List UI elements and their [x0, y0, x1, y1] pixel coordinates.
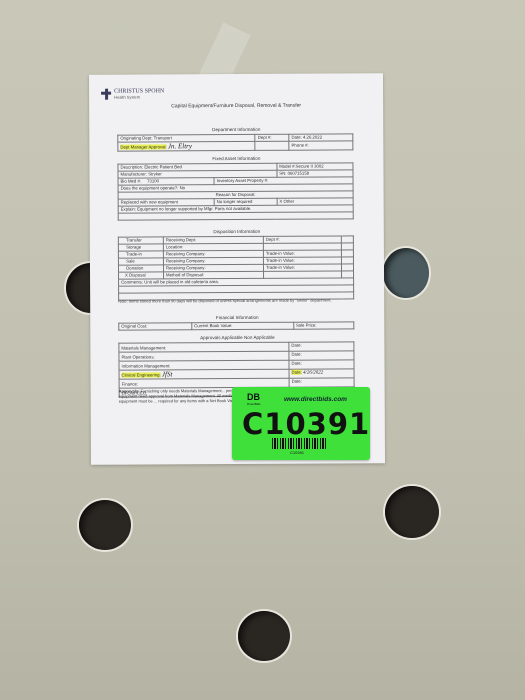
org-sub: Health System [114, 95, 164, 100]
sale-price: Sale Price: [293, 322, 354, 329]
approval-label: Finance: [122, 382, 139, 387]
approval-date-label: Date: [291, 361, 301, 366]
approval-label: Plant Operations: [121, 354, 154, 359]
disposition-type: Storage [126, 244, 141, 249]
approval-date-value: 4/26/2022 [303, 371, 323, 376]
disposition-type: Transfer [126, 237, 142, 242]
department-heading: Department Information [89, 126, 383, 133]
disposition-type: Donation [126, 265, 143, 270]
barcode-text: C10391 [290, 450, 304, 455]
org-logo: CHRISTUS SPOHN Health System [101, 88, 164, 100]
panel-hole [385, 486, 439, 538]
approvals-footer: Approvals: Furnishing only needs Materia… [119, 388, 249, 404]
cross-icon [101, 89, 111, 99]
approval-label: Materials Management: [121, 345, 166, 350]
tag-code: C10391 [242, 407, 370, 441]
form-title: Capital Equipment/Furniture Disposal, Re… [89, 103, 383, 110]
approval-date-label: Date: [291, 352, 301, 357]
tag-url: www.directbids.com [284, 396, 347, 403]
approvals-heading: Approvals Applicable Non Applicable [90, 334, 384, 341]
disposition-type: Trade-in [126, 251, 142, 256]
phone: Phone #: [289, 141, 353, 150]
approval-date-label: Date: [292, 370, 302, 375]
financial-heading: Financial Information [90, 314, 384, 321]
disposition-type: Sale [126, 258, 135, 263]
approval-label: Information Management: [121, 363, 170, 368]
book-value: Current Book Value: [192, 322, 294, 330]
manager-signature: Jn. Eltry [168, 142, 192, 150]
fixed-asset-heading: Fixed Asset Information [89, 155, 383, 162]
disposition-type: Disposal [129, 272, 146, 277]
panel-hole [79, 500, 131, 550]
manager-approval-label: Dept Manager Approval: [120, 144, 166, 149]
approval-date-label: Date: [292, 379, 302, 384]
approval-date-label: Date: [291, 343, 301, 348]
department-table: Originating Dept: Transport Dept #: Date… [117, 133, 353, 151]
asset-tag-sticker: DBDirectBids www.directbids.com C10391 C… [232, 387, 370, 460]
approval-signature: JfSt [162, 370, 173, 378]
panel-hole [383, 248, 429, 298]
check-mark: X [125, 272, 128, 277]
disposition-heading: Disposition Information [90, 228, 384, 235]
disposition-table: TransferReceiving Dept:Dept #: StorageLo… [118, 235, 354, 300]
fixed-asset-table: Description: Electric Patient BedModel #… [117, 162, 353, 220]
barcode [272, 438, 327, 449]
bio-med-value: 73100 [147, 178, 159, 183]
disposition-note: Note: Items stored more than 90 days wil… [118, 298, 354, 304]
bio-med-label: Bio Med #: [121, 178, 142, 183]
approval-label: Clinical Engineering: [122, 373, 161, 378]
financial-table: Original Cost: Current Book Value: Sale … [118, 321, 354, 330]
panel-hole [238, 611, 290, 661]
directbids-logo: DBDirectBids [247, 392, 261, 406]
original-cost: Original Cost: [119, 323, 192, 330]
